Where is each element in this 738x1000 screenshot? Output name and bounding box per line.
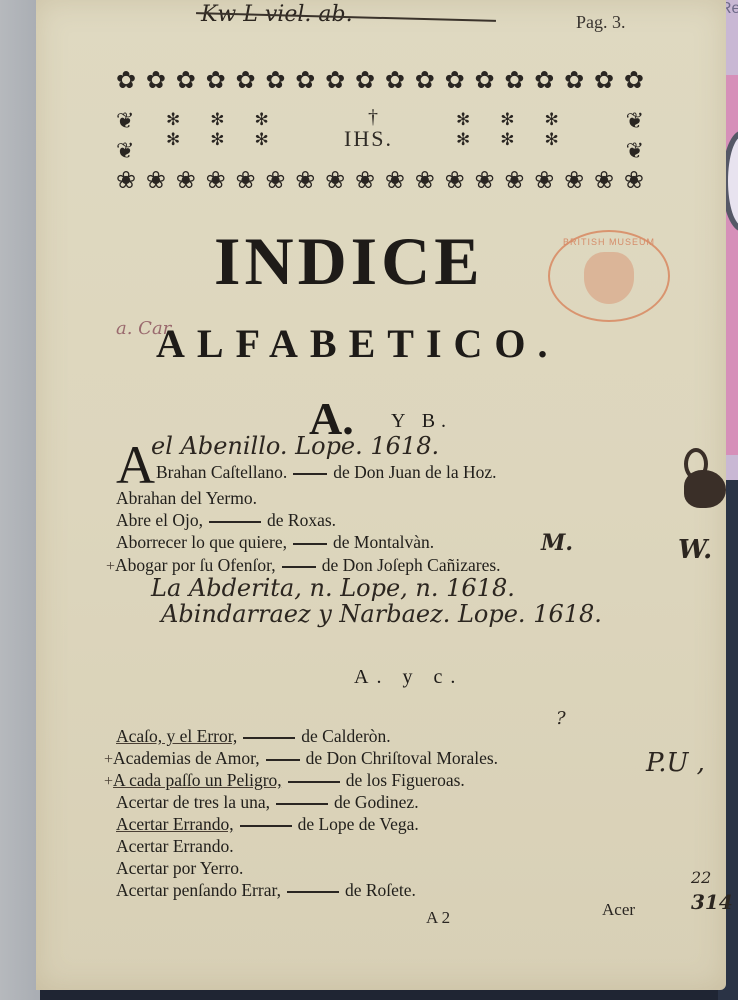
flower-icon: ❀ (534, 168, 554, 194)
handwritten-number: 314 (691, 890, 733, 914)
flower-icon: ✿ (355, 68, 375, 94)
section-heading: A. y c. (354, 666, 463, 689)
flower-icon: ❀ (236, 168, 256, 194)
page-number: Pag. 3. (576, 12, 626, 33)
flower-icon: ❀ (624, 168, 644, 194)
list-item: +Abogar por ſu Ofenſor,de Don Joſeph Cañ… (106, 555, 501, 576)
flower-icon: ❀ (176, 168, 196, 194)
flower-icon: ✿ (116, 68, 136, 94)
list-item: Aborrecer lo que quiere,de Montalvàn. (116, 532, 434, 553)
list-item: +Academias de Amor,de Don Chriſtoval Mor… (104, 748, 498, 769)
flower-icon: ✿ (236, 68, 256, 94)
flower-icon: ❀ (385, 168, 405, 194)
entry-author: de Don Chriſtoval Morales. (306, 748, 498, 768)
entry-author: de los Figueroas. (346, 770, 465, 790)
list-item: Acertar penſando Errar,de Roſete. (116, 880, 416, 901)
flower-icon: ✿ (445, 68, 465, 94)
ihs-monogram: IHS. (344, 126, 393, 152)
left-background-strip (0, 0, 40, 1000)
list-item: Abrahan del Yermo. (116, 488, 257, 509)
list-item: Acaſo, y el Error,de Calderòn. (116, 726, 391, 747)
stamp-text: BRITISH MUSEUM (550, 237, 668, 247)
entry-title: Abre el Ojo, (116, 510, 203, 530)
signature-mark: A 2 (426, 908, 450, 928)
entry-title: Aborrecer lo que quiere, (116, 532, 287, 552)
dash-rule (240, 825, 292, 827)
flower-icon: ❀ (445, 168, 465, 194)
entry-title: Brahan Caſtellano. (156, 462, 287, 482)
dash-rule (288, 781, 340, 783)
star-clusters-right: ✻✻✻✻✻✻ (456, 110, 589, 150)
plus-marker: + (104, 773, 113, 790)
entry-author: de Don Juan de la Hoz. (333, 462, 496, 482)
dash-rule (287, 891, 339, 893)
list-item: Acertar Errando,de Lope de Vega. (116, 814, 419, 835)
list-item: Acertar por Yerro. (116, 858, 243, 879)
ornamental-header-band: ✿✿✿✿✿✿✿✿✿✿✿✿✿✿✿✿✿✿ ❦❦ ✻✻✻✻✻✻ † IHS. ✻✻✻✻… (116, 68, 644, 200)
entry-author: de Godinez. (334, 792, 419, 812)
entry-author: de Montalvàn. (333, 532, 434, 552)
flower-icon: ❀ (116, 168, 136, 194)
ornament-side-right: ❦❦ (626, 106, 644, 166)
handwritten-annotation: P.U , (646, 748, 705, 778)
handwritten-addition: el Abenillo. Lope. 1618. (151, 432, 439, 460)
flower-icon: ✿ (534, 68, 554, 94)
entry-author: de Calderòn. (301, 726, 390, 746)
plus-marker: + (106, 558, 115, 575)
flower-icon: ✿ (504, 68, 524, 94)
handwritten-annotation: M. (541, 530, 573, 556)
entry-author: de Lope de Vega. (298, 814, 419, 834)
entry-author: de Roxas. (267, 510, 336, 530)
flower-icon: ❀ (206, 168, 226, 194)
entry-title: Acertar Errando, (116, 814, 234, 834)
flower-icon: ❀ (504, 168, 524, 194)
entry-title: Acaſo, y el Error, (116, 726, 237, 746)
dash-rule (282, 566, 316, 568)
flower-icon: ✿ (206, 68, 226, 94)
dash-rule (293, 543, 327, 545)
handwritten-annotation: ? (556, 708, 566, 729)
plus-marker: + (104, 751, 113, 768)
entry-title: Abrahan del Yermo. (116, 488, 257, 508)
list-item: Acertar de tres la una,de Godinez. (116, 792, 419, 813)
flower-icon: ❀ (146, 168, 166, 194)
list-item: Abre el Ojo,de Roxas. (116, 510, 336, 531)
dash-rule (276, 803, 328, 805)
flower-icon: ✿ (385, 68, 405, 94)
flower-icon: ✿ (325, 68, 345, 94)
flower-icon: ❀ (564, 168, 584, 194)
flower-icon: ❀ (475, 168, 495, 194)
flower-icon: ✿ (475, 68, 495, 94)
title-alfabetico: ALFABETICO. (156, 320, 560, 367)
entry-title: Acertar por Yerro. (116, 858, 243, 878)
dash-rule (293, 473, 327, 475)
section-heading-rest: Y B. (391, 410, 452, 433)
flower-icon: ✿ (624, 68, 644, 94)
ornament-flower-row-top: ✿✿✿✿✿✿✿✿✿✿✿✿✿✿✿✿✿✿ (116, 68, 644, 94)
entry-title: Acertar Errando. (116, 836, 234, 856)
flower-icon: ✿ (265, 68, 285, 94)
flower-icon: ✿ (415, 68, 435, 94)
dash-rule (209, 521, 261, 523)
flower-icon: ✿ (564, 68, 584, 94)
dash-rule (243, 737, 295, 739)
flower-icon: ✿ (594, 68, 614, 94)
handwritten-annotation: W. (678, 535, 712, 565)
crest-icon (584, 252, 634, 304)
star-clusters-left: ✻✻✻✻✻✻ (166, 110, 299, 150)
flower-icon: ❀ (594, 168, 614, 194)
entry-title: Acertar penſando Errar, (116, 880, 281, 900)
list-item: Acertar Errando. (116, 836, 234, 857)
dash-rule (266, 759, 300, 761)
list-item: +A cada paſſo un Peligro,de los Figueroa… (104, 770, 465, 791)
museum-stamp: BRITISH MUSEUM (548, 230, 670, 322)
flower-icon: ❀ (325, 168, 345, 194)
entry-title: Abogar por ſu Ofenſor, (115, 555, 276, 575)
document-page: Kw L viel. ab. Pag. 3. ✿✿✿✿✿✿✿✿✿✿✿✿✿✿✿✿✿… (36, 0, 726, 990)
catchword: Acer (602, 900, 635, 920)
handwritten-addition: Abindarraez y Narbaez. Lope. 1618. (161, 600, 602, 628)
flower-icon: ✿ (146, 68, 166, 94)
ornament-side-left: ❦❦ (116, 106, 134, 166)
drop-cap: A (116, 440, 155, 490)
flower-icon: ❀ (295, 168, 315, 194)
entry-title: A cada paſſo un Peligro, (113, 770, 282, 790)
flower-icon: ❀ (265, 168, 285, 194)
flower-icon: ✿ (295, 68, 315, 94)
ink-blot (684, 470, 726, 508)
handwritten-number-small: 22 (691, 868, 711, 887)
entry-title: Acertar de tres la una, (116, 792, 270, 812)
flower-icon: ❀ (415, 168, 435, 194)
list-item: Brahan Caſtellano.de Don Juan de la Hoz. (156, 462, 497, 483)
flower-icon: ✿ (176, 68, 196, 94)
flower-icon: ❀ (355, 168, 375, 194)
ornament-flower-row-bottom: ❀❀❀❀❀❀❀❀❀❀❀❀❀❀❀❀❀❀ (116, 168, 644, 194)
entry-author: de Don Joſeph Cañizares. (322, 555, 501, 575)
title-indice: INDICE (214, 222, 484, 301)
entry-title: Academias de Amor, (113, 748, 260, 768)
entry-author: de Roſete. (345, 880, 416, 900)
handwritten-addition: La Abderita, n. Lope, n. 1618. (151, 574, 515, 602)
